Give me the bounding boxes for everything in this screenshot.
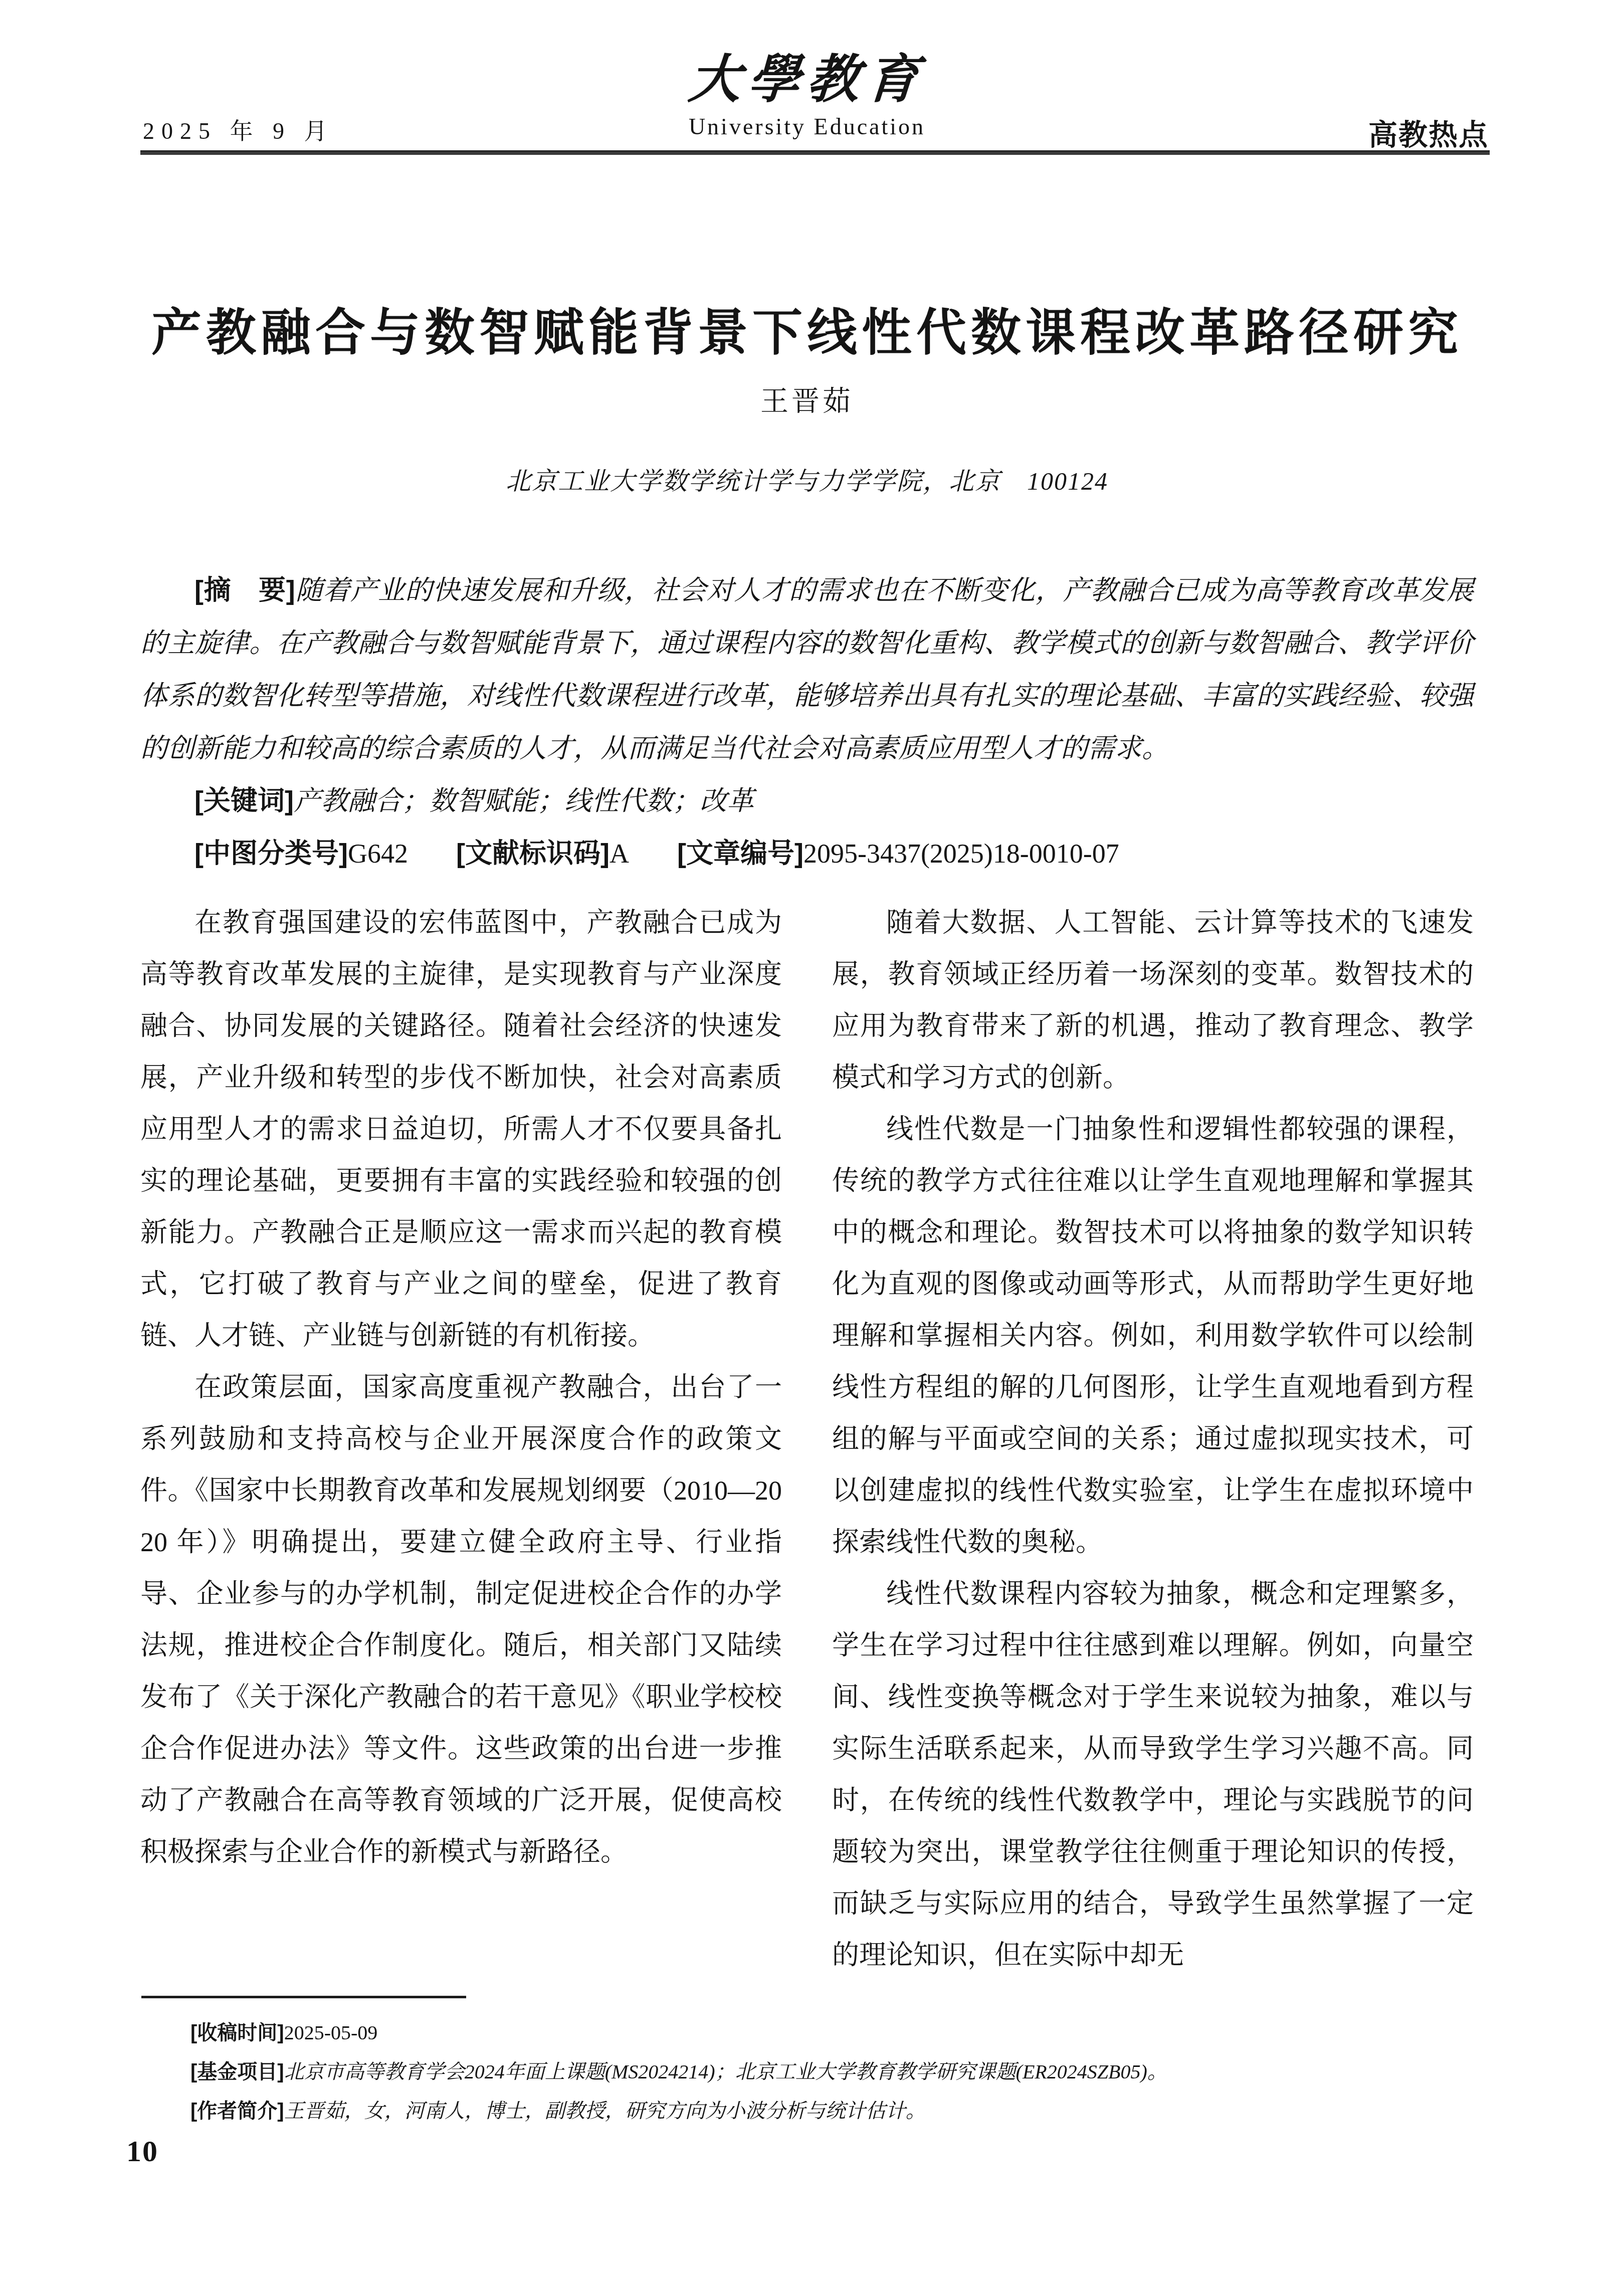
received-value: 2025-05-09 [284,2021,378,2044]
document-code-value: A [610,839,629,869]
body-paragraph: 在教育强国建设的宏伟蓝图中，产教融合已成为高等教育改革发展的主旋律，是实现教育与… [140,897,782,1362]
footnotes: [收稿时间]2025-05-09 [基金项目]北京市高等教育学会2024年面上课… [190,2014,1494,2131]
received-label: [收稿时间] [190,2022,284,2044]
abstract: [摘 要]随着产业的快速发展和升级，社会对人才的需求也在不断变化，产教融合已成为… [140,564,1474,775]
abstract-label: [摘 要] [194,575,295,605]
section-badge: 高教热点 [1368,111,1489,153]
author-name: 王晋茹 [0,379,1614,419]
clc-number: [中图分类号]G642 [194,839,408,869]
article-id-label: [文章编号] [677,839,803,869]
body-columns: 在教育强国建设的宏伟蓝图中，产教融合已成为高等教育改革发展的主旋律，是实现教育与… [140,897,1474,1981]
footnote-funding: [基金项目]北京市高等教育学会2024年面上课题(MS2024214)；北京工业… [190,2053,1494,2091]
body-paragraph: 随着大数据、人工智能、云计算等技术的飞速发展，教育领域正经历着一场深刻的变革。数… [832,897,1474,1104]
keywords: [关键词]产教融合；数智赋能；线性代数；改革 [140,775,1474,827]
header-divider [140,150,1490,155]
article-id: [文章编号]2095-3437(2025)18-0010-07 [677,839,1119,869]
author-affiliation: 北京工业大学数学统计学与力学学院，北京 100124 [0,461,1614,497]
funding-value: 北京市高等教育学会2024年面上课题(MS2024214)；北京工业大学教育教学… [284,2060,1167,2083]
keywords-label: [关键词] [194,786,294,816]
bio-label: [作者简介] [190,2100,284,2122]
journal-page: 2025 年 9 月 大學教育 University Education 高教热… [0,0,1614,2296]
footnote-divider [141,1996,466,1998]
clc-label: [中图分类号] [194,839,348,869]
article-meta: [摘 要]随着产业的快速发展和升级，社会对人才的需求也在不断变化，产教融合已成为… [140,564,1474,880]
article-id-value: 2095-3437(2025)18-0010-07 [803,839,1119,869]
article-title: 产教融合与数智赋能背景下线性代数课程改革路径研究 [70,304,1544,362]
body-paragraph: 线性代数是一门抽象性和逻辑性都较强的课程，传统的教学方式往往难以让学生直观地理解… [832,1104,1474,1568]
classification-line: [中图分类号]G642[文献标识码]A[文章编号]2095-3437(2025)… [140,827,1474,880]
page-number: 10 [126,2134,158,2169]
body-paragraph: 在政策层面，国家高度重视产教融合，出台了一系列鼓励和支持高校与企业开展深度合作的… [140,1362,782,1878]
left-column: 在教育强国建设的宏伟蓝图中，产教融合已成为高等教育改革发展的主旋律，是实现教育与… [140,897,782,1981]
right-column: 随着大数据、人工智能、云计算等技术的飞速发展，教育领域正经历着一场深刻的变革。数… [832,897,1474,1981]
document-code: [文献标识码]A [456,839,629,869]
keywords-text: 产教融合；数智赋能；线性代数；改革 [294,786,754,816]
abstract-text: 随着产业的快速发展和升级，社会对人才的需求也在不断变化，产教融合已成为高等教育改… [140,575,1474,763]
footnote-bio: [作者简介]王晋茹，女，河南人，博士，副教授，研究方向为小波分析与统计估计。 [190,2092,1494,2130]
bio-value: 王晋茹，女，河南人，博士，副教授，研究方向为小波分析与统计估计。 [284,2100,926,2122]
document-code-label: [文献标识码] [456,839,610,869]
body-paragraph: 线性代数课程内容较为抽象，概念和定理繁多，学生在学习过程中往往感到难以理解。例如… [832,1568,1474,1981]
clc-value: G642 [348,839,408,869]
funding-label: [基金项目] [190,2061,284,2083]
footnote-received: [收稿时间]2025-05-09 [190,2014,1494,2052]
journal-logo-calligraphy: 大學教育 [687,54,927,106]
